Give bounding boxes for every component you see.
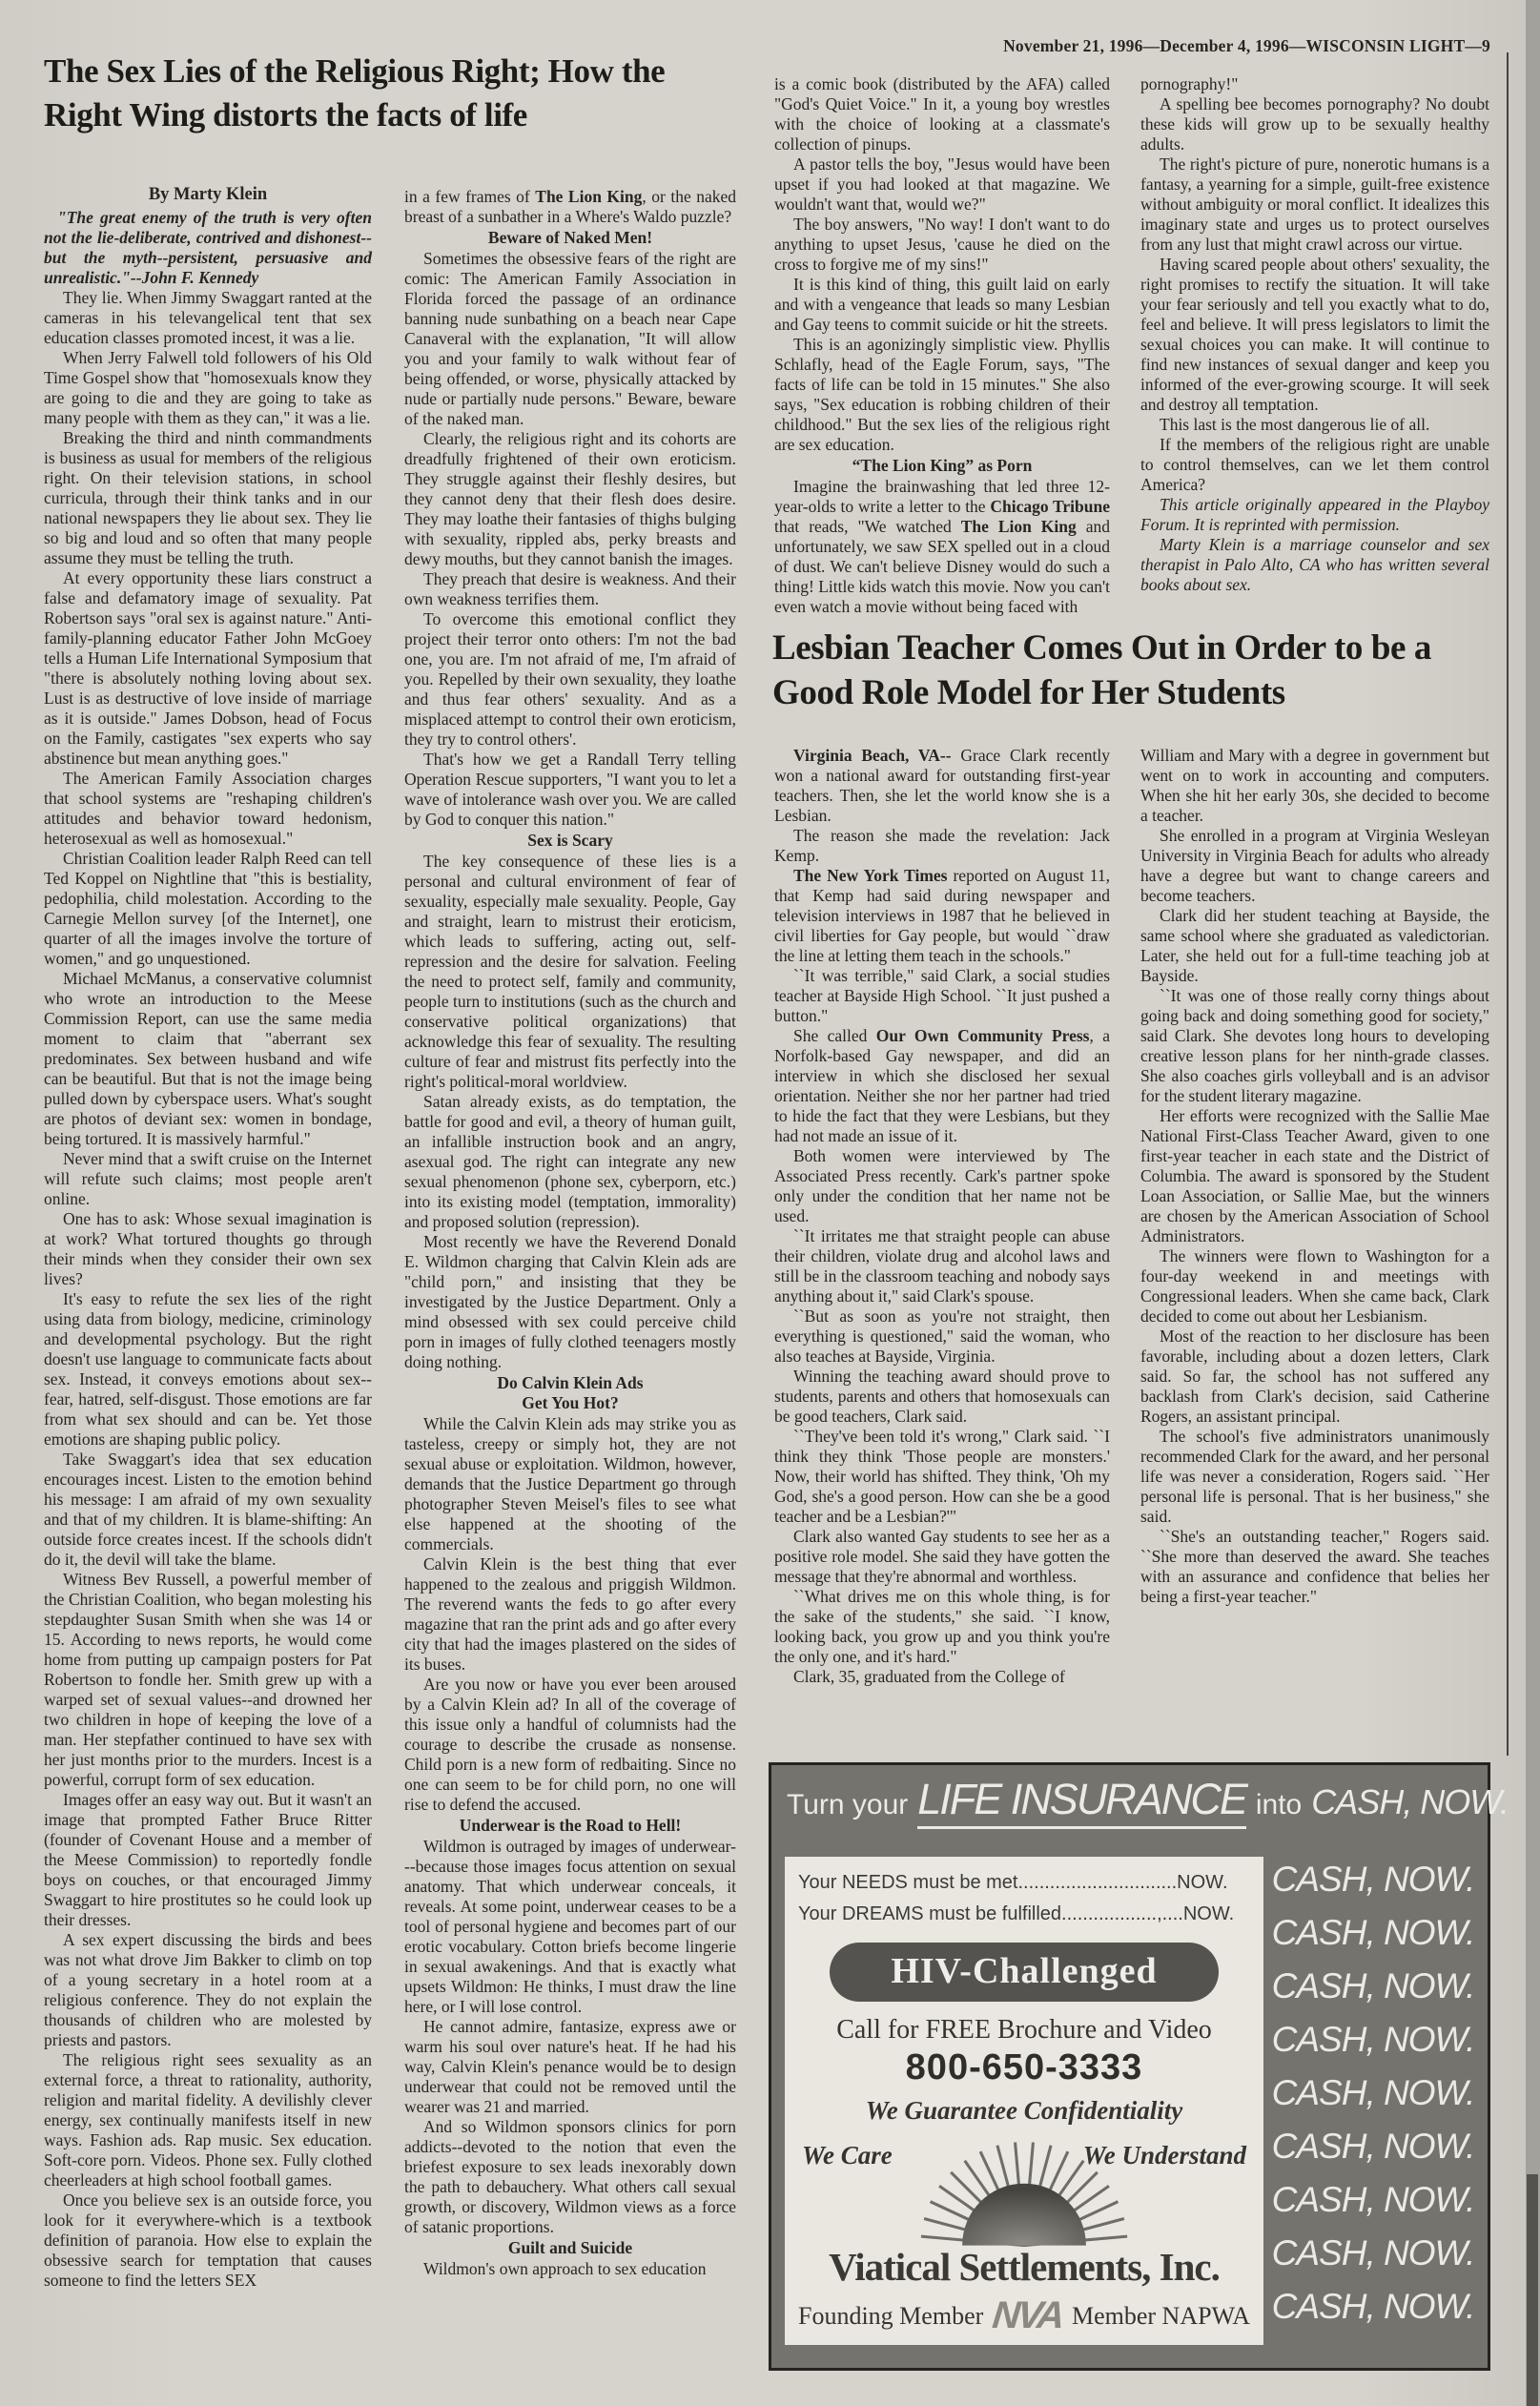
paragraph: ``What drives me on this whole thing, is… [774, 1587, 1110, 1667]
paragraph: A spelling bee becomes pornography? No d… [1140, 94, 1489, 154]
paragraph: Images offer an easy way out. But it was… [44, 1790, 372, 1930]
paragraph: The right's picture of pure, nonerotic h… [1140, 154, 1489, 255]
paragraph: Are you now or have you ever been arouse… [404, 1675, 736, 1815]
paragraph: ``They've been told it's wrong," Clark s… [774, 1427, 1110, 1527]
ad-care-row: We Care We Understand [785, 2141, 1263, 2170]
paragraph: Christian Coalition leader Ralph Reed ca… [44, 849, 372, 969]
cash-now-line: CASH, NOW. [1263, 2227, 1484, 2280]
article2-column-2: William and Mary with a degree in govern… [1140, 746, 1489, 1607]
paragraph: It is this kind of thing, this guilt lai… [774, 275, 1110, 335]
subhead: Do Calvin Klein AdsGet You Hot? [404, 1373, 736, 1413]
paragraph: This is an agonizingly simplistic view. … [774, 335, 1110, 455]
paragraph: Clark, 35, graduated from the College of [774, 1667, 1110, 1687]
paragraph: The school's five administrators unanimo… [1140, 1427, 1489, 1527]
ad-headline-main: LIFE INSURANCE [917, 1775, 1246, 1829]
paragraph: This last is the most dangerous lie of a… [1140, 415, 1489, 435]
paragraph: The winners were flown to Washington for… [1140, 1246, 1489, 1326]
ad-inner-box: Your NEEDS must be met..................… [785, 1857, 1263, 2345]
ad-we-care: We Care [802, 2141, 893, 2170]
cash-now-line: CASH, NOW. [1263, 1906, 1484, 1960]
paragraph: Winning the teaching award should prove … [774, 1367, 1110, 1427]
cash-now-line: CASH, NOW. [1263, 2013, 1484, 2067]
paragraph: At every opportunity these liars constru… [44, 568, 372, 769]
paragraph: The reason she made the revelation: Jack… [774, 826, 1110, 866]
paragraph: Sometimes the obsessive fears of the rig… [404, 249, 736, 429]
ad-member-napwa: Member NAPWA [1072, 2302, 1250, 2331]
paragraph: This article originally appeared in the … [1140, 495, 1489, 535]
ad-footer: Founding Member NVA Member NAPWA [785, 2294, 1263, 2337]
paragraph: He cannot admire, fantasize, express awe… [404, 2017, 736, 2117]
paragraph: That's how we get a Randall Terry tellin… [404, 750, 736, 830]
scan-smudge [1527, 2174, 1538, 2406]
article1-column-3: is a comic book (distributed by the AFA)… [774, 74, 1110, 617]
newspaper-page: November 21, 1996—December 4, 1996—WISCO… [0, 0, 1540, 2406]
paragraph: Clark also wanted Gay students to see he… [774, 1527, 1110, 1587]
nva-logo: NVA [991, 2294, 1064, 2337]
hiv-challenged-badge: HIV-Challenged [830, 1943, 1219, 2002]
paragraph: When Jerry Falwell told followers of his… [44, 348, 372, 428]
paragraph: Marty Klein is a marriage counselor and … [1140, 535, 1489, 595]
paragraph: William and Mary with a degree in govern… [1140, 746, 1489, 826]
paragraph: And so Wildmon sponsors clinics for porn… [404, 2117, 736, 2237]
cash-now-line: CASH, NOW. [1263, 2173, 1484, 2227]
paragraph: A pastor tells the boy, "Jesus would hav… [774, 154, 1110, 215]
paragraph: Michael McManus, a conservative columnis… [44, 969, 372, 1149]
viatical-settlements-ad: Turn your LIFE INSURANCE into CASH, NOW.… [769, 1762, 1490, 2371]
paragraph: Never mind that a swift cruise on the In… [44, 1149, 372, 1209]
paragraph: Take Swaggart's idea that sex education … [44, 1450, 372, 1570]
paragraph: Most recently we have the Reverend Donal… [404, 1232, 736, 1372]
ad-founding-member: Founding Member [798, 2302, 983, 2331]
paragraph: While the Calvin Klein ads may strike yo… [404, 1414, 736, 1554]
paragraph: She enrolled in a program at Virginia We… [1140, 826, 1489, 906]
ad-headline-cash: CASH, NOW. [1311, 1782, 1509, 1822]
paragraph: To overcome this emotional conflict they… [404, 609, 736, 750]
paragraph: Virginia Beach, VA-- Grace Clark recentl… [774, 746, 1110, 826]
article1-headline: The Sex Lies of the Religious Right; How… [44, 50, 725, 136]
paragraph: The American Family Association charges … [44, 769, 372, 849]
article2-headline: Lesbian Teacher Comes Out in Order to be… [772, 626, 1491, 716]
article1-column-1: By Marty Klein"The great enemy of the tr… [44, 185, 372, 2291]
paragraph: Calvin Klein is the best thing that ever… [404, 1554, 736, 1675]
paragraph: The boy answers, "No way! I don't want t… [774, 215, 1110, 275]
subhead: Guilt and Suicide [404, 2238, 736, 2258]
subhead: Sex is Scary [404, 831, 736, 851]
paragraph: Wildmon is outraged by images of underwe… [404, 1837, 736, 2017]
cash-now-line: CASH, NOW. [1263, 1960, 1484, 2013]
ad-guarantee-line: We Guarantee Confidentiality [785, 2096, 1263, 2126]
paragraph: pornography!" [1140, 74, 1489, 94]
paragraph: The New York Times reported on August 11… [774, 866, 1110, 966]
paragraph: ``She's an outstanding teacher," Rogers … [1140, 1527, 1489, 1607]
paragraph: One has to ask: Whose sexual imagination… [44, 1209, 372, 1289]
paragraph: The religious right sees sexuality as an… [44, 2050, 372, 2190]
article1-column-2: in a few frames of The Lion King, or the… [404, 187, 736, 2279]
paragraph: They lie. When Jimmy Swaggart ranted at … [44, 288, 372, 348]
paragraph: If the members of the religious right ar… [1140, 435, 1489, 495]
cash-now-column: CASH, NOW.CASH, NOW.CASH, NOW.CASH, NOW.… [1263, 1853, 1484, 2334]
paragraph: Imagine the brainwashing that led three … [774, 477, 1110, 617]
scan-edge [1526, 0, 1540, 2406]
paragraph: ``It was terrible," said Clark, a social… [774, 966, 1110, 1026]
ad-company-name: Viatical Settlements, Inc. [785, 2244, 1263, 2290]
ad-headline-mid: into [1256, 1789, 1302, 1821]
subhead: Beware of Naked Men! [404, 228, 736, 248]
paragraph: The key consequence of these lies is a p… [404, 852, 736, 1092]
ad-headline: Turn your LIFE INSURANCE into CASH, NOW. [771, 1775, 1488, 1829]
paragraph: She called Our Own Community Press, a No… [774, 1026, 1110, 1146]
ad-we-understand: We Understand [1083, 2141, 1246, 2170]
paragraph: is a comic book (distributed by the AFA)… [774, 74, 1110, 154]
paragraph: Most of the reaction to her disclosure h… [1140, 1326, 1489, 1427]
paragraph: Both women were interviewed by The Assoc… [774, 1146, 1110, 1226]
paragraph: Clearly, the religious right and its coh… [404, 429, 736, 569]
article1-column-4: pornography!"A spelling bee becomes porn… [1140, 74, 1489, 595]
article2-column-1: Virginia Beach, VA-- Grace Clark recentl… [774, 746, 1110, 1687]
paragraph: ``But as soon as you're not straight, th… [774, 1306, 1110, 1367]
paragraph: in a few frames of The Lion King, or the… [404, 187, 736, 227]
byline: By Marty Klein [44, 185, 372, 205]
cash-now-line: CASH, NOW. [1263, 1853, 1484, 1906]
paragraph: A sex expert discussing the birds and be… [44, 1930, 372, 2050]
paragraph: Witness Bev Russell, a powerful member o… [44, 1570, 372, 1790]
paragraph: Satan already exists, as do temptation, … [404, 1092, 736, 1232]
ad-dreams-line: Your DREAMS must be fulfilled...........… [798, 1903, 1252, 1925]
paragraph: Her efforts were recognized with the Sal… [1140, 1106, 1489, 1246]
paragraph: Breaking the third and ninth commandment… [44, 428, 372, 568]
paragraph: Wildmon's own approach to sex education [404, 2259, 736, 2279]
paragraph: Clark did her student teaching at Baysid… [1140, 906, 1489, 986]
subhead: Underwear is the Road to Hell! [404, 1816, 736, 1836]
paragraph: "The great enemy of the truth is very of… [44, 208, 372, 288]
paragraph: Having scared people about others' sexua… [1140, 255, 1489, 415]
paragraph: ``It was one of those really corny thing… [1140, 986, 1489, 1106]
cash-now-line: CASH, NOW. [1263, 2280, 1484, 2334]
subhead: “The Lion King” as Porn [774, 456, 1110, 476]
paragraph: ``It irritates me that straight people c… [774, 1226, 1110, 1306]
ad-headline-prefix: Turn your [787, 1789, 908, 1821]
ad-needs-line: Your NEEDS must be met..................… [798, 1872, 1252, 1894]
paragraph: Once you believe sex is an outside force… [44, 2190, 372, 2291]
cash-now-line: CASH, NOW. [1263, 2120, 1484, 2173]
paragraph: It's easy to refute the sex lies of the … [44, 1289, 372, 1450]
ad-call-line: Call for FREE Brochure and Video [785, 2015, 1263, 2046]
page-dateline: November 21, 1996—December 4, 1996—WISCO… [667, 36, 1490, 56]
ad-phone-number[interactable]: 800-650-3333 [785, 2047, 1263, 2088]
paragraph: They preach that desire is weakness. And… [404, 569, 736, 609]
cash-now-line: CASH, NOW. [1263, 2067, 1484, 2120]
column-rule [1507, 52, 1509, 1756]
